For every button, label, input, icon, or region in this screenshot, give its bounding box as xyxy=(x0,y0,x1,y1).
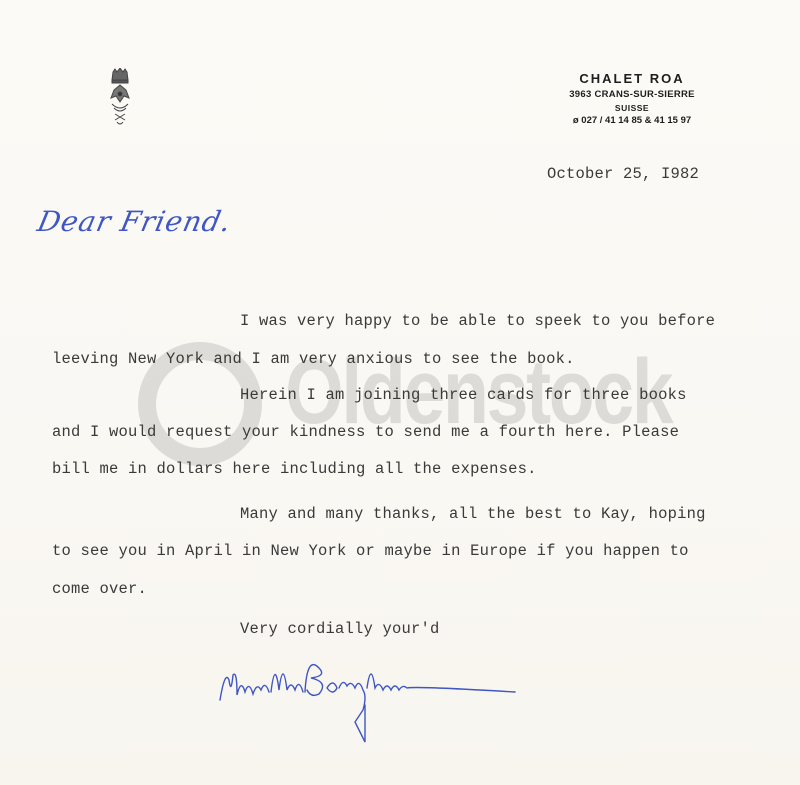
body-line: Many and many thanks, all the best to Ka… xyxy=(240,505,706,523)
letter-page: Oldenstock CHALET ROA 3963 CRANS-SUR-SIE… xyxy=(0,0,800,785)
letterhead-name: CHALET ROA xyxy=(548,70,716,88)
letterhead-address: 3963 CRANS-SUR-SIERRE xyxy=(548,88,716,102)
body-line: I was very happy to be able to speek to … xyxy=(240,312,715,330)
body-line: Herein I am joining three cards for thre… xyxy=(240,386,687,404)
royal-crest-icon xyxy=(103,68,137,136)
signature: Marcella Borghese xyxy=(215,650,535,750)
letterhead-country: SUISSE xyxy=(548,102,716,114)
body-line: and I would request your kindness to sen… xyxy=(52,423,679,441)
body-line: bill me in dollars here including all th… xyxy=(52,460,537,478)
letterhead-phone-line: ø 027 / 41 14 85 & 41 15 97 xyxy=(548,114,716,128)
letterhead-phone: 027 / 41 14 85 & 41 15 97 xyxy=(581,115,691,126)
body-line: leeving New York and I am very anxious t… xyxy=(52,350,575,368)
salutation: Dear Friend. xyxy=(34,205,234,238)
letterhead: CHALET ROA 3963 CRANS-SUR-SIERRE SUISSE … xyxy=(548,70,716,128)
body-line: come over. xyxy=(52,580,147,598)
phone-icon: ø xyxy=(573,115,579,126)
body-line: to see you in April in New York or maybe… xyxy=(52,542,689,560)
letter-date: October 25, I982 xyxy=(547,165,699,183)
closing-line: Very cordially your'd xyxy=(240,620,440,638)
